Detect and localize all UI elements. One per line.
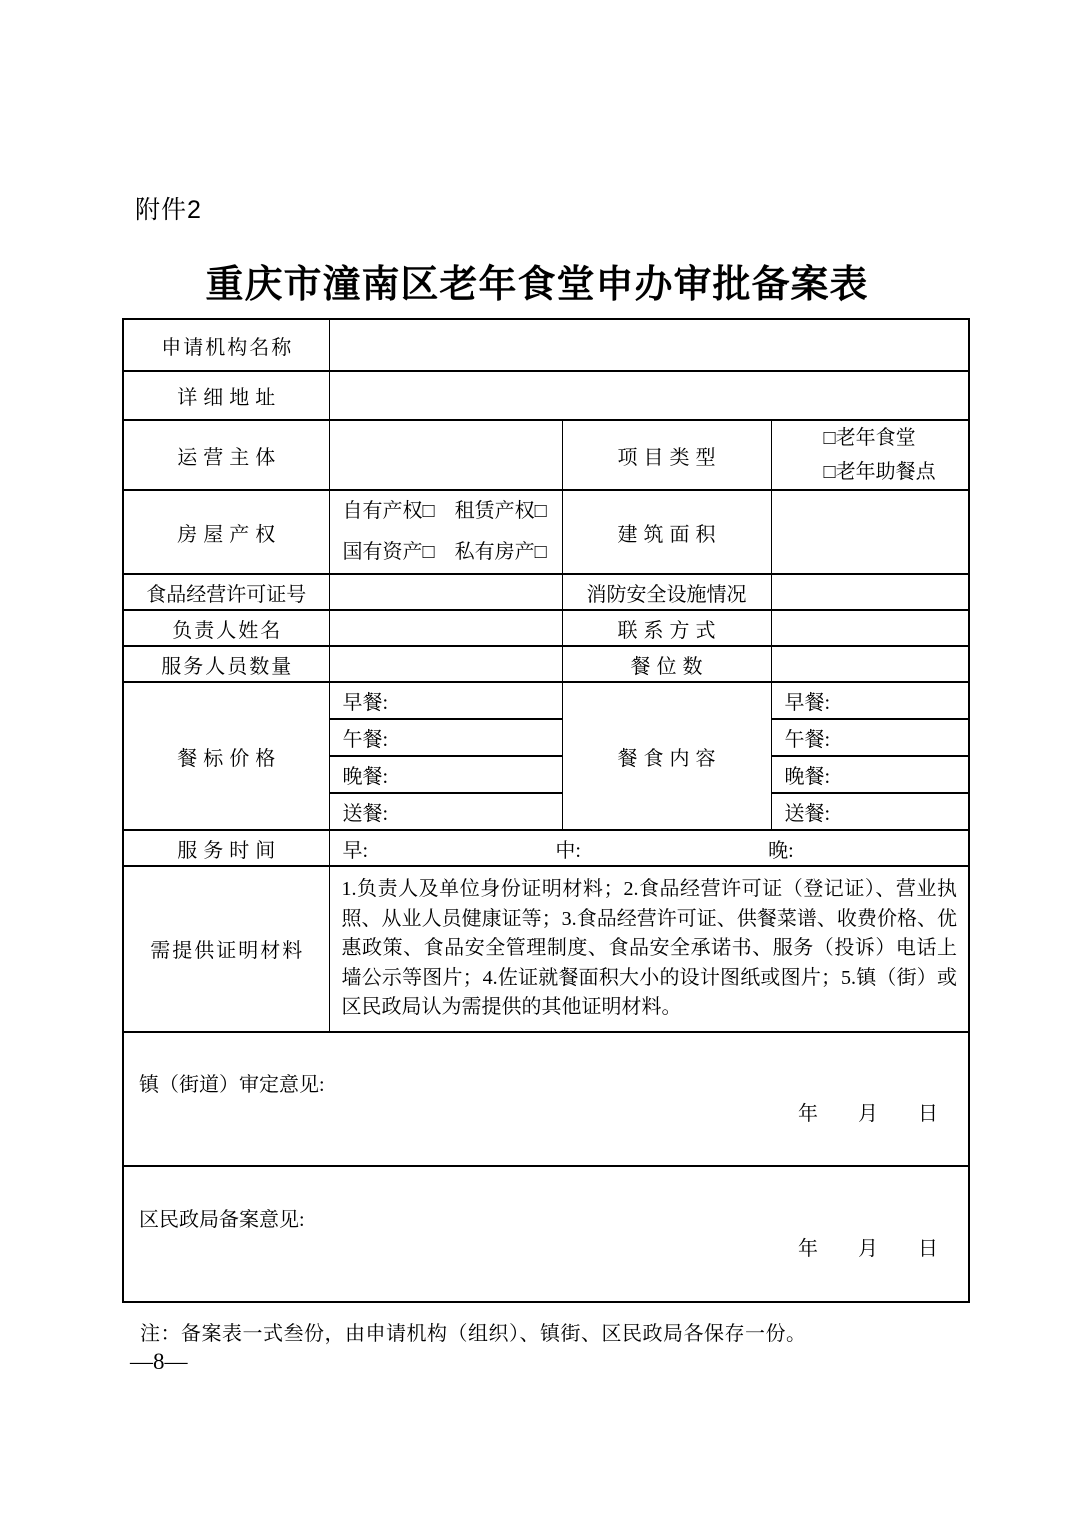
project-type-option-canteen: □老年食堂 (824, 421, 969, 455)
materials-label: 需提供证明材料 (123, 866, 329, 1032)
service-time-label: 服务时间 (123, 830, 329, 866)
staff-count-label: 服务人员数量 (123, 646, 329, 682)
materials-text-cell: 1.负责人及单位身份证明材料；2.食品经营许可证（登记证）、营业执照、从业人员健… (329, 866, 969, 1032)
page-title: 重庆市潼南区老年食堂申办审批备案表 (0, 253, 1074, 308)
org-name-label: 申请机构名称 (123, 319, 329, 371)
attachment-label: 附件2 (135, 190, 202, 226)
materials-text: 1.负责人及单位身份证明材料；2.食品经营许可证（登记证）、营业执照、从业人员健… (330, 867, 969, 1031)
row-person-contact: 负责人姓名 联系方式 (123, 610, 969, 646)
meal-content-delivery-cell: 送餐: (771, 793, 969, 830)
fire-safety-value-cell (771, 574, 969, 610)
row-district-opinion: 区民政局备案意见: 年 月 日 (123, 1166, 969, 1302)
row-address: 详细地址 (123, 371, 969, 420)
row-food-license-fire-safety: 食品经营许可证号 消防安全设施情况 (123, 574, 969, 610)
meal-content-breakfast-cell: 早餐: (771, 682, 969, 719)
meal-content-lunch-cell: 午餐: (771, 719, 969, 756)
project-type-options-cell: □老年食堂 □老年助餐点 (771, 420, 969, 490)
meal-price-label: 餐标价格 (123, 682, 329, 830)
service-time-noon: 中: (542, 834, 755, 863)
service-time-evening: 晚: (755, 834, 968, 863)
district-opinion-label: 区民政局备案意见: (139, 1203, 952, 1232)
food-license-value-cell (329, 574, 562, 610)
row-town-opinion: 镇（街道）审定意见: 年 月 日 (123, 1032, 969, 1166)
project-type-label: 项目类型 (562, 420, 771, 490)
seat-count-label: 餐位数 (562, 646, 771, 682)
contact-label: 联系方式 (562, 610, 771, 646)
property-options-cell: 自有产权□ 租赁产权□ 国有资产□ 私有房产□ (329, 490, 562, 574)
meal-price-lunch-cell: 午餐: (329, 719, 562, 756)
service-time-morning: 早: (330, 834, 543, 863)
row-materials: 需提供证明材料 1.负责人及单位身份证明材料；2.食品经营许可证（登记证）、营业… (123, 866, 969, 1032)
building-area-label: 建筑面积 (562, 490, 771, 574)
meal-content-label: 餐食内容 (562, 682, 771, 830)
town-opinion-label: 镇（街道）审定意见: (139, 1068, 952, 1097)
row-meal-breakfast: 餐标价格 早餐: 餐食内容 早餐: (123, 682, 969, 719)
town-opinion-date-line: 年 月 日 (139, 1097, 952, 1126)
contact-value-cell (771, 610, 969, 646)
operator-label: 运营主体 (123, 420, 329, 490)
person-name-value-cell (329, 610, 562, 646)
property-option-line-1: 自有产权□ 租赁产权□ (343, 491, 562, 532)
meal-price-dinner-cell: 晚餐: (329, 756, 562, 793)
application-form-table: 申请机构名称 详细地址 运营主体 项目类型 □老年食堂 □老年助餐点 房屋产权 … (122, 318, 970, 1303)
address-value-cell (329, 371, 969, 420)
row-org-name: 申请机构名称 (123, 319, 969, 371)
town-opinion-cell: 镇（街道）审定意见: 年 月 日 (123, 1032, 969, 1166)
staff-count-value-cell (329, 646, 562, 682)
district-opinion-cell: 区民政局备案意见: 年 月 日 (123, 1166, 969, 1302)
meal-price-delivery-cell: 送餐: (329, 793, 562, 830)
person-name-label: 负责人姓名 (123, 610, 329, 646)
address-label: 详细地址 (123, 371, 329, 420)
district-opinion-date-line: 年 月 日 (139, 1232, 952, 1261)
property-option-line-2: 国有资产□ 私有房产□ (343, 532, 562, 573)
row-property-area: 房屋产权 自有产权□ 租赁产权□ 国有资产□ 私有房产□ 建筑面积 (123, 490, 969, 574)
project-type-option-meal-point: □老年助餐点 (824, 455, 969, 489)
meal-content-dinner-cell: 晚餐: (771, 756, 969, 793)
org-name-value-cell (329, 319, 969, 371)
building-area-value-cell (771, 490, 969, 574)
page-number: —8— (130, 1349, 188, 1375)
seat-count-value-cell (771, 646, 969, 682)
service-time-value-cell: 早: 中: 晚: (329, 830, 969, 866)
operator-value-cell (329, 420, 562, 490)
row-operator-project-type: 运营主体 项目类型 □老年食堂 □老年助餐点 (123, 420, 969, 490)
document-page: 附件2 重庆市潼南区老年食堂申办审批备案表 申请机构名称 详细地址 运营主体 项… (0, 0, 1074, 1520)
food-license-label: 食品经营许可证号 (123, 574, 329, 610)
footnote: 注：备案表一式叁份，由申请机构（组织）、镇街、区民政局各保存一份。 (140, 1317, 807, 1346)
meal-price-breakfast-cell: 早餐: (329, 682, 562, 719)
row-service-time: 服务时间 早: 中: 晚: (123, 830, 969, 866)
row-staff-seats: 服务人员数量 餐位数 (123, 646, 969, 682)
fire-safety-label: 消防安全设施情况 (562, 574, 771, 610)
property-label: 房屋产权 (123, 490, 329, 574)
